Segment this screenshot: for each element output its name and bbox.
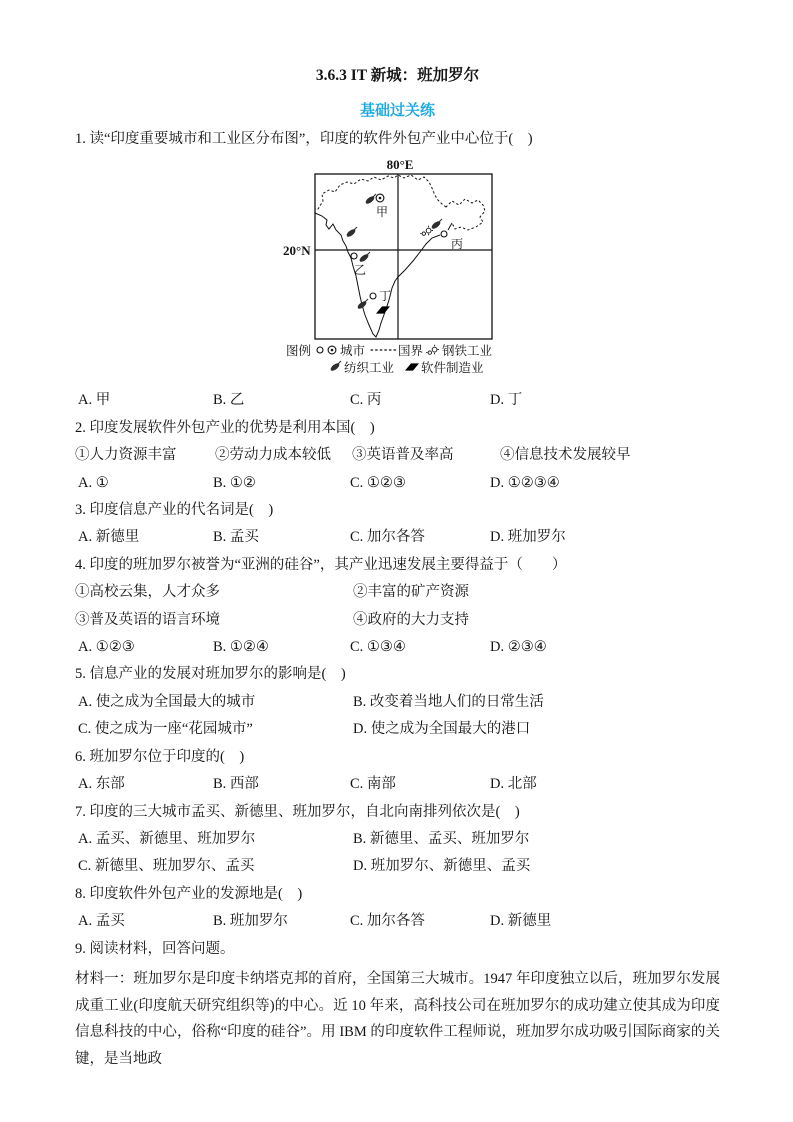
map-frame [315,174,492,339]
option-b: B. 孟买 [213,524,350,551]
item-3: ③英语普及率高 [352,442,500,469]
question-4-items-row-1: ①高校云集，人才众多 ②丰富的矿产资源 [75,579,720,606]
city-icon [317,347,323,353]
option-a: A. 东部 [78,771,213,798]
question-5-options-row-1: A. 使之成为全国最大的城市 B. 改变着当地人们的日常生活 [75,689,720,716]
question-2-items: ①人力资源丰富 ②劳动力成本较低 ③英语普及率高 ④信息技术发展较早 [75,442,720,469]
city-icon [351,253,357,259]
question-5-stem: 5. 信息产业的发展对班加罗尔的影响是( ) [75,661,720,688]
material-paragraph: 材料一：班加罗尔是印度卡纳塔克邦的首府，全国第三大城市。1947 年印度独立以后… [75,966,720,1072]
item-2: ②劳动力成本较低 [215,442,352,469]
option-b: B. 西部 [213,771,350,798]
textile-icon [356,299,368,310]
question-1-stem: 1. 读“印度重要城市和工业区分布图”，印度的软件外包产业中心位于( ) [75,126,720,153]
city-capital-icon [328,347,336,355]
option-b: B. 乙 [213,387,350,414]
question-6-options: A. 东部 B. 西部 C. 南部 D. 北部 [75,771,720,798]
option-d: D. 班加罗尔、新德里、孟买 [353,853,530,880]
india-map: 80°E 20°N 甲 乙 丙 [272,155,524,383]
map-lat-label: 20°N [283,243,311,258]
question-7-options-row-2: C. 新德里、班加罗尔、孟买 D. 班加罗尔、新德里、孟买 [75,853,720,880]
national-border-line [318,175,446,209]
textile-icon [430,219,442,230]
item-4: ④政府的大力支持 [353,607,469,634]
option-a: A. ① [78,470,213,497]
section-badge: 基础过关练 [75,99,720,123]
question-4-items-row-2: ③普及英语的语言环境 ④政府的大力支持 [75,607,720,634]
option-c: C. 使之成为一座“花园城市” [78,716,353,743]
question-2-options: A. ① B. ①② C. ①②③ D. ①②③④ [75,470,720,497]
option-a: A. 孟买 [78,908,213,935]
point-bing-label: 丙 [451,237,463,251]
question-4-options: A. ①②③ B. ①②④ C. ①③④ D. ②③④ [75,634,720,661]
question-8-options: A. 孟买 B. 班加罗尔 C. 加尔各答 D. 新德里 [75,908,720,935]
option-d: D. 北部 [490,771,720,798]
software-icon [376,307,390,314]
question-4-stem: 4. 印度的班加罗尔被誉为“亚洲的硅谷”，其产业迅速发展主要得益于（ ） [75,552,720,579]
point-jia-label: 甲 [376,205,388,219]
option-d: D. 丁 [490,387,720,414]
question-5-options-row-2: C. 使之成为一座“花园城市” D. 使之成为全国最大的港口 [75,716,720,743]
city-icon [441,231,447,237]
question-7-options-row-1: A. 孟买、新德里、班加罗尔 B. 新德里、孟买、班加罗尔 [75,826,720,853]
item-4: ④信息技术发展较早 [500,442,720,469]
option-c: C. ①③④ [350,634,490,661]
city-capital-icon [376,195,384,203]
option-b: B. ①② [213,470,350,497]
legend-steel-label: 钢铁工业 [442,343,493,358]
item-3: ③普及英语的语言环境 [75,607,353,634]
option-c: C. ①②③ [350,470,490,497]
legend-city-label: 城市 [340,344,365,358]
worksheet-page: 3.6.3 IT 新城：班加罗尔 基础过关练 1. 读“印度重要城市和工业区分布… [0,0,793,1122]
india-coastline [315,213,440,337]
map-lon-label: 80°E [386,157,413,172]
textile-icon [345,227,357,238]
option-d: D. 新德里 [490,908,720,935]
option-a: A. 新德里 [78,524,213,551]
textile-icon [358,252,370,263]
option-b: B. 班加罗尔 [213,908,350,935]
option-d: D. 班加罗尔 [490,524,720,551]
page-title: 3.6.3 IT 新城：班加罗尔 [75,64,720,88]
legend-title: 图例 [286,343,311,358]
option-a: A. 孟买、新德里、班加罗尔 [78,826,353,853]
question-8-stem: 8. 印度软件外包产业的发源地是( ) [75,881,720,908]
steel-icon [426,345,439,355]
option-b: B. 改变着当地人们的日常生活 [353,689,544,716]
software-icon [405,364,419,371]
option-a: A. 使之成为全国最大的城市 [78,689,353,716]
point-yi-label: 乙 [354,263,366,277]
item-2: ②丰富的矿产资源 [353,579,469,606]
option-d: D. ①②③④ [490,470,720,497]
question-2-stem: 2. 印度发展软件外包产业的优势是利用本国( ) [75,415,720,442]
question-6-stem: 6. 班加罗尔位于印度的( ) [75,744,720,771]
option-c: C. 南部 [350,771,490,798]
point-ding-label: 丁 [379,289,391,303]
option-d: D. ②③④ [490,634,720,661]
question-3-stem: 3. 印度信息产业的代名词是( ) [75,497,720,524]
option-c: C. 加尔各答 [350,908,490,935]
question-3-options: A. 新德里 B. 孟买 C. 加尔各答 D. 班加罗尔 [75,524,720,551]
option-c: C. 新德里、班加罗尔、孟买 [78,853,353,880]
option-d: D. 使之成为全国最大的港口 [353,716,530,743]
option-c: C. 丙 [350,387,490,414]
national-border-ne-lobe [446,199,485,230]
india-coastline-ne [448,223,452,230]
question-1-options: A. 甲 B. 乙 C. 丙 D. 丁 [75,387,720,414]
textile-icon [329,361,341,372]
legend-software-label: 软件制造业 [421,360,484,375]
option-a: A. ①②③ [78,634,213,661]
option-b: B. ①②④ [213,634,350,661]
legend-border-label: 国界 [398,344,424,358]
textile-icon [364,194,376,205]
option-b: B. 新德里、孟买、班加罗尔 [353,826,529,853]
item-1: ①高校云集，人才众多 [75,579,353,606]
india-map-figure: 80°E 20°N 甲 乙 丙 [75,155,720,383]
city-icon [370,293,376,299]
item-1: ①人力资源丰富 [75,442,215,469]
question-7-stem: 7. 印度的三大城市孟买、新德里、班加罗尔，自北向南排列依次是( ) [75,799,720,826]
question-9-stem: 9. 阅读材料，回答问题。 [75,936,720,963]
steel-icon [420,226,433,236]
option-a: A. 甲 [78,387,213,414]
legend-textile-label: 纺织工业 [344,361,395,375]
option-c: C. 加尔各答 [350,524,490,551]
